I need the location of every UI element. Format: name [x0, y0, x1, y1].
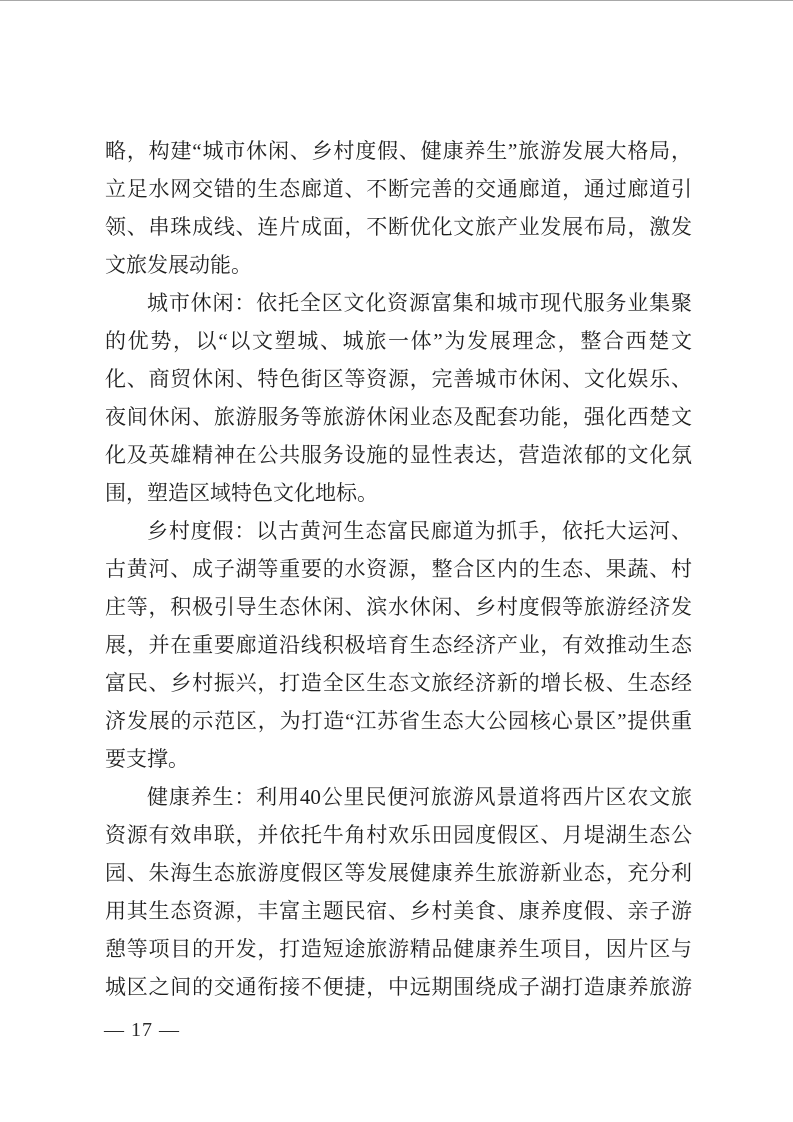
text-line: 乡村度假：以古黄河生态富民廊道为抓手，依托大运河、 — [105, 512, 692, 550]
paragraph: 乡村度假：以古黄河生态富民廊道为抓手，依托大运河、古黄河、成子湖等重要的水资源，… — [105, 512, 692, 778]
text-line: 领、串珠成线、连片成面，不断优化文旅产业发展布局，激发 — [105, 208, 692, 246]
text-line: 的优势，以“以文塑城、城旅一体”为发展理念，整合西楚文 — [105, 322, 692, 360]
text-line: 城区之间的交通衔接不便捷，中远期围绕成子湖打造康养旅游 — [105, 968, 692, 1006]
text-line: 文旅发展动能。 — [105, 246, 692, 284]
text-line: 庄等，积极引导生态休闲、滨水休闲、乡村度假等旅游经济发 — [105, 588, 692, 626]
text-line: 古黄河、成子湖等重要的水资源，整合区内的生态、果蔬、村 — [105, 550, 692, 588]
text-line: 化、商贸休闲、特色街区等资源，完善城市休闲、文化娱乐、 — [105, 360, 692, 398]
text-line: 济发展的示范区，为打造“江苏省生态大公园核心景区”提供重 — [105, 702, 692, 740]
text-line: 立足水网交错的生态廊道、不断完善的交通廊道，通过廊道引 — [105, 170, 692, 208]
text-line: 化及英雄精神在公共服务设施的显性表达，营造浓郁的文化氛 — [105, 436, 692, 474]
paragraph: 健康养生：利用40公里民便河旅游风景道将西片区农文旅资源有效串联，并依托牛角村欢… — [105, 778, 692, 1006]
text-line: 夜间休闲、旅游服务等旅游休闲业态及配套功能，强化西楚文 — [105, 398, 692, 436]
document-page: 略，构建“城市休闲、乡村度假、健康养生”旅游发展大格局，立足水网交错的生态廊道、… — [0, 0, 793, 1122]
text-line: 略，构建“城市休闲、乡村度假、健康养生”旅游发展大格局， — [105, 132, 692, 170]
text-line: 城市休闲：依托全区文化资源富集和城市现代服务业集聚 — [105, 284, 692, 322]
text-line: 园、朱海生态旅游度假区等发展健康养生旅游新业态，充分利 — [105, 854, 692, 892]
page-top-edge-line — [0, 0, 793, 1]
paragraph: 略，构建“城市休闲、乡村度假、健康养生”旅游发展大格局，立足水网交错的生态廊道、… — [105, 132, 692, 284]
text-line: 健康养生：利用40公里民便河旅游风景道将西片区农文旅 — [105, 778, 692, 816]
page-number: — 17 — — [104, 1016, 180, 1044]
text-block: 略，构建“城市休闲、乡村度假、健康养生”旅游发展大格局，立足水网交错的生态廊道、… — [105, 132, 692, 1006]
text-line: 用其生态资源，丰富主题民宿、乡村美食、康养度假、亲子游 — [105, 892, 692, 930]
text-line: 憩等项目的开发，打造短途旅游精品健康养生项目，因片区与 — [105, 930, 692, 968]
text-line: 展，并在重要廊道沿线积极培育生态经济产业，有效推动生态 — [105, 626, 692, 664]
text-line: 富民、乡村振兴，打造全区生态文旅经济新的增长极、生态经 — [105, 664, 692, 702]
paragraph: 城市休闲：依托全区文化资源富集和城市现代服务业集聚的优势，以“以文塑城、城旅一体… — [105, 284, 692, 512]
text-line: 围，塑造区域特色文化地标。 — [105, 474, 692, 512]
text-line: 要支撑。 — [105, 740, 692, 778]
text-line: 资源有效串联，并依托牛角村欢乐田园度假区、月堤湖生态公 — [105, 816, 692, 854]
